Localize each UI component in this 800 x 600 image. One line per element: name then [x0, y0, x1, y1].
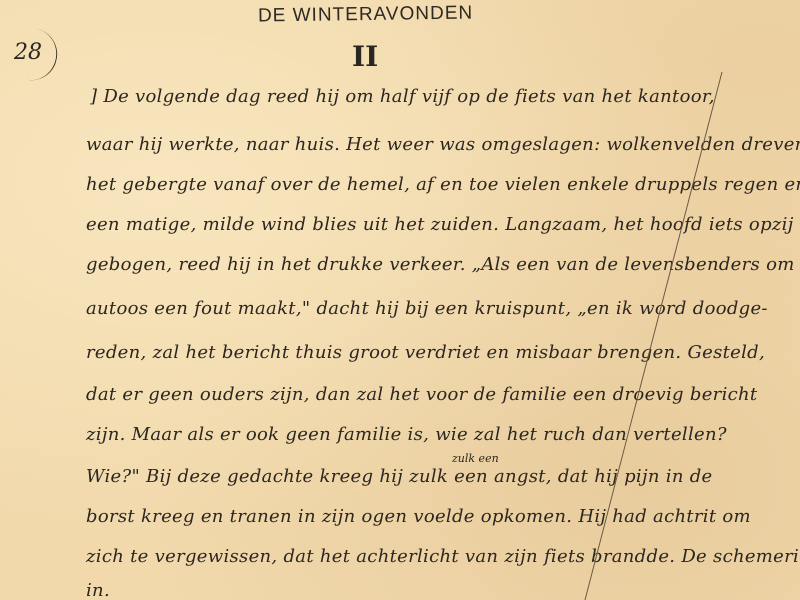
text-line: in.	[86, 580, 110, 600]
text-line: autoos een fout maakt," dacht hij bij ee…	[86, 298, 768, 319]
manuscript-title: DE WINTERAVONDEN	[258, 2, 473, 27]
text-line: dat er geen ouders zijn, dan zal het voo…	[86, 384, 757, 405]
text-line: Wie?" Bij deze gedachte kreeg hij zulk e…	[86, 466, 713, 487]
chapter-numeral: II	[352, 40, 378, 73]
manuscript-page: 28 DE WINTERAVONDEN II ] De volgende dag…	[0, 0, 800, 600]
inserted-correction: zulk een	[452, 452, 499, 465]
text-line: zich te vergewissen, dat het achterlicht…	[86, 546, 800, 567]
text-line: reden, zal het bericht thuis groot verdr…	[86, 342, 765, 363]
text-line: waar hij werkte, naar huis. Het weer was…	[86, 134, 800, 155]
text-line: zijn. Maar als er ook geen familie is, w…	[86, 424, 727, 445]
text-line: een matige, milde wind blies uit het zui…	[86, 214, 794, 235]
text-line: het gebergte vanaf over de hemel, af en …	[86, 174, 800, 195]
text-line: gebogen, reed hij in het drukke verkeer.…	[86, 254, 800, 275]
page-number-bracket	[17, 27, 62, 85]
text-line: borst kreeg en tranen in zijn ogen voeld…	[86, 506, 751, 527]
text-line: ] De volgende dag reed hij om half vijf …	[90, 86, 715, 107]
